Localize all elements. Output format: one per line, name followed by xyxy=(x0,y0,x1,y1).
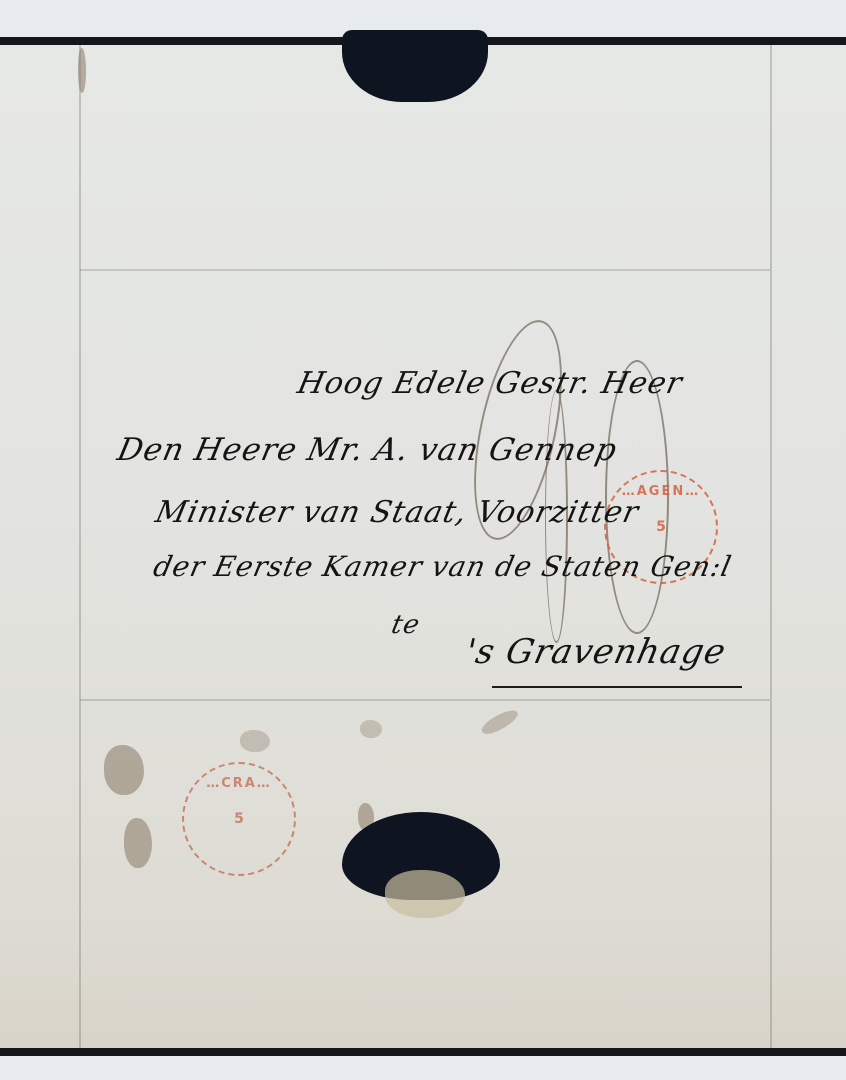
stain xyxy=(104,745,144,795)
wax-residue xyxy=(385,870,465,918)
address-line-1: Hoog Edele Gestr. Heer xyxy=(294,366,686,401)
stain xyxy=(78,48,86,93)
address-city: 's Gravenhage xyxy=(462,632,730,672)
frame-bar-bottom xyxy=(0,1048,846,1056)
address-line-3: Minister van Staat, Voorzitter xyxy=(152,495,642,530)
stain xyxy=(240,730,270,752)
address-underline xyxy=(492,686,742,688)
fold-line-left xyxy=(79,45,81,1048)
fold-line-lower xyxy=(80,699,770,701)
stain xyxy=(360,720,382,738)
postmark-lower-left: …CRA… 5 xyxy=(182,762,296,876)
fold-line-right xyxy=(770,45,772,1048)
address-line-2: Den Heere Mr. A. van Gennep xyxy=(114,432,620,468)
address-line-4: der Eerste Kamer van de Staten Gen:l xyxy=(150,550,734,583)
stain xyxy=(124,818,152,868)
fold-line-upper xyxy=(80,269,770,271)
